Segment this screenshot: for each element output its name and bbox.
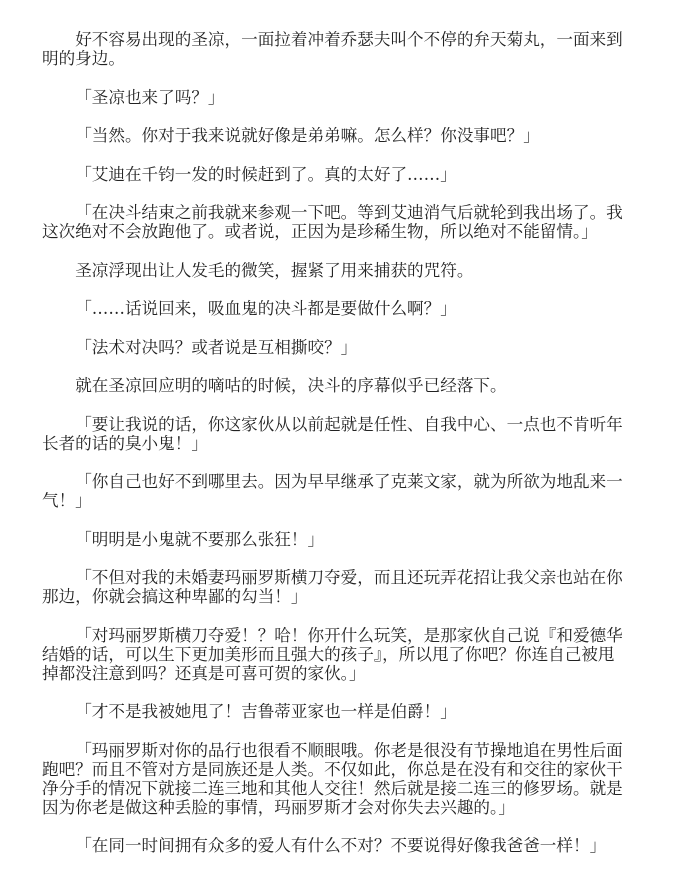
paragraph: 「在同一时间拥有众多的爱人有什么不对？不要说得好像我爸爸一样！」: [42, 836, 626, 855]
paragraph: 「在决斗结束之前我就来参观一下吧。等到艾迪消气后就轮到我出场了。我这次绝对不会放…: [42, 203, 626, 241]
paragraph: 「玛丽罗斯对你的品行也很看不顺眼哦。你老是很没有节操地追在男性后面跑吧？而且不管…: [42, 741, 626, 817]
paragraph: 圣凉浮现出让人发毛的微笑，握紧了用来捕获的咒符。: [42, 261, 626, 280]
paragraph: 「法术对决吗？或者说是互相撕咬？」: [42, 338, 626, 357]
paragraph: 「你自己也好不到哪里去。因为早早继承了克莱文家，就为所欲为地乱来一气！」: [42, 472, 626, 510]
paragraph: 「艾迪在千钧一发的时候赶到了。真的太好了……」: [42, 165, 626, 184]
paragraph: 「要让我说的话，你这家伙从以前起就是任性、自我中心、一点也不肯听年长者的话的臭小…: [42, 415, 626, 453]
paragraph: 好不容易出现的圣凉，一面拉着冲着乔瑟夫叫个不停的弁天菊丸，一面来到明的身边。: [42, 30, 626, 68]
paragraph: 「明明是小鬼就不要那么张狂！」: [42, 530, 626, 549]
paragraph: 就在圣凉回应明的嘀咕的时候，决斗的序幕似乎已经落下。: [42, 376, 626, 395]
paragraph: 「……话说回来，吸血鬼的决斗都是要做什么啊？」: [42, 299, 626, 318]
paragraph: 「对玛丽罗斯横刀夺爱！？哈！你开什么玩笑，是那家伙自己说『和爱德华结婚的话，可以…: [42, 626, 626, 683]
paragraph: 「当然。你对于我来说就好像是弟弟嘛。怎么样？你没事吧？」: [42, 126, 626, 145]
document-page: 好不容易出现的圣凉，一面拉着冲着乔瑟夫叫个不停的弁天菊丸，一面来到明的身边。 「…: [42, 30, 626, 875]
paragraph: 「圣凉也来了吗？」: [42, 88, 626, 107]
paragraph: 「不但对我的未婚妻玛丽罗斯横刀夺爱，而且还玩弄花招让我父亲也站在你那边，你就会搞…: [42, 568, 626, 606]
paragraph: 「才不是我被她甩了！吉鲁蒂亚家也一样是伯爵！」: [42, 702, 626, 721]
